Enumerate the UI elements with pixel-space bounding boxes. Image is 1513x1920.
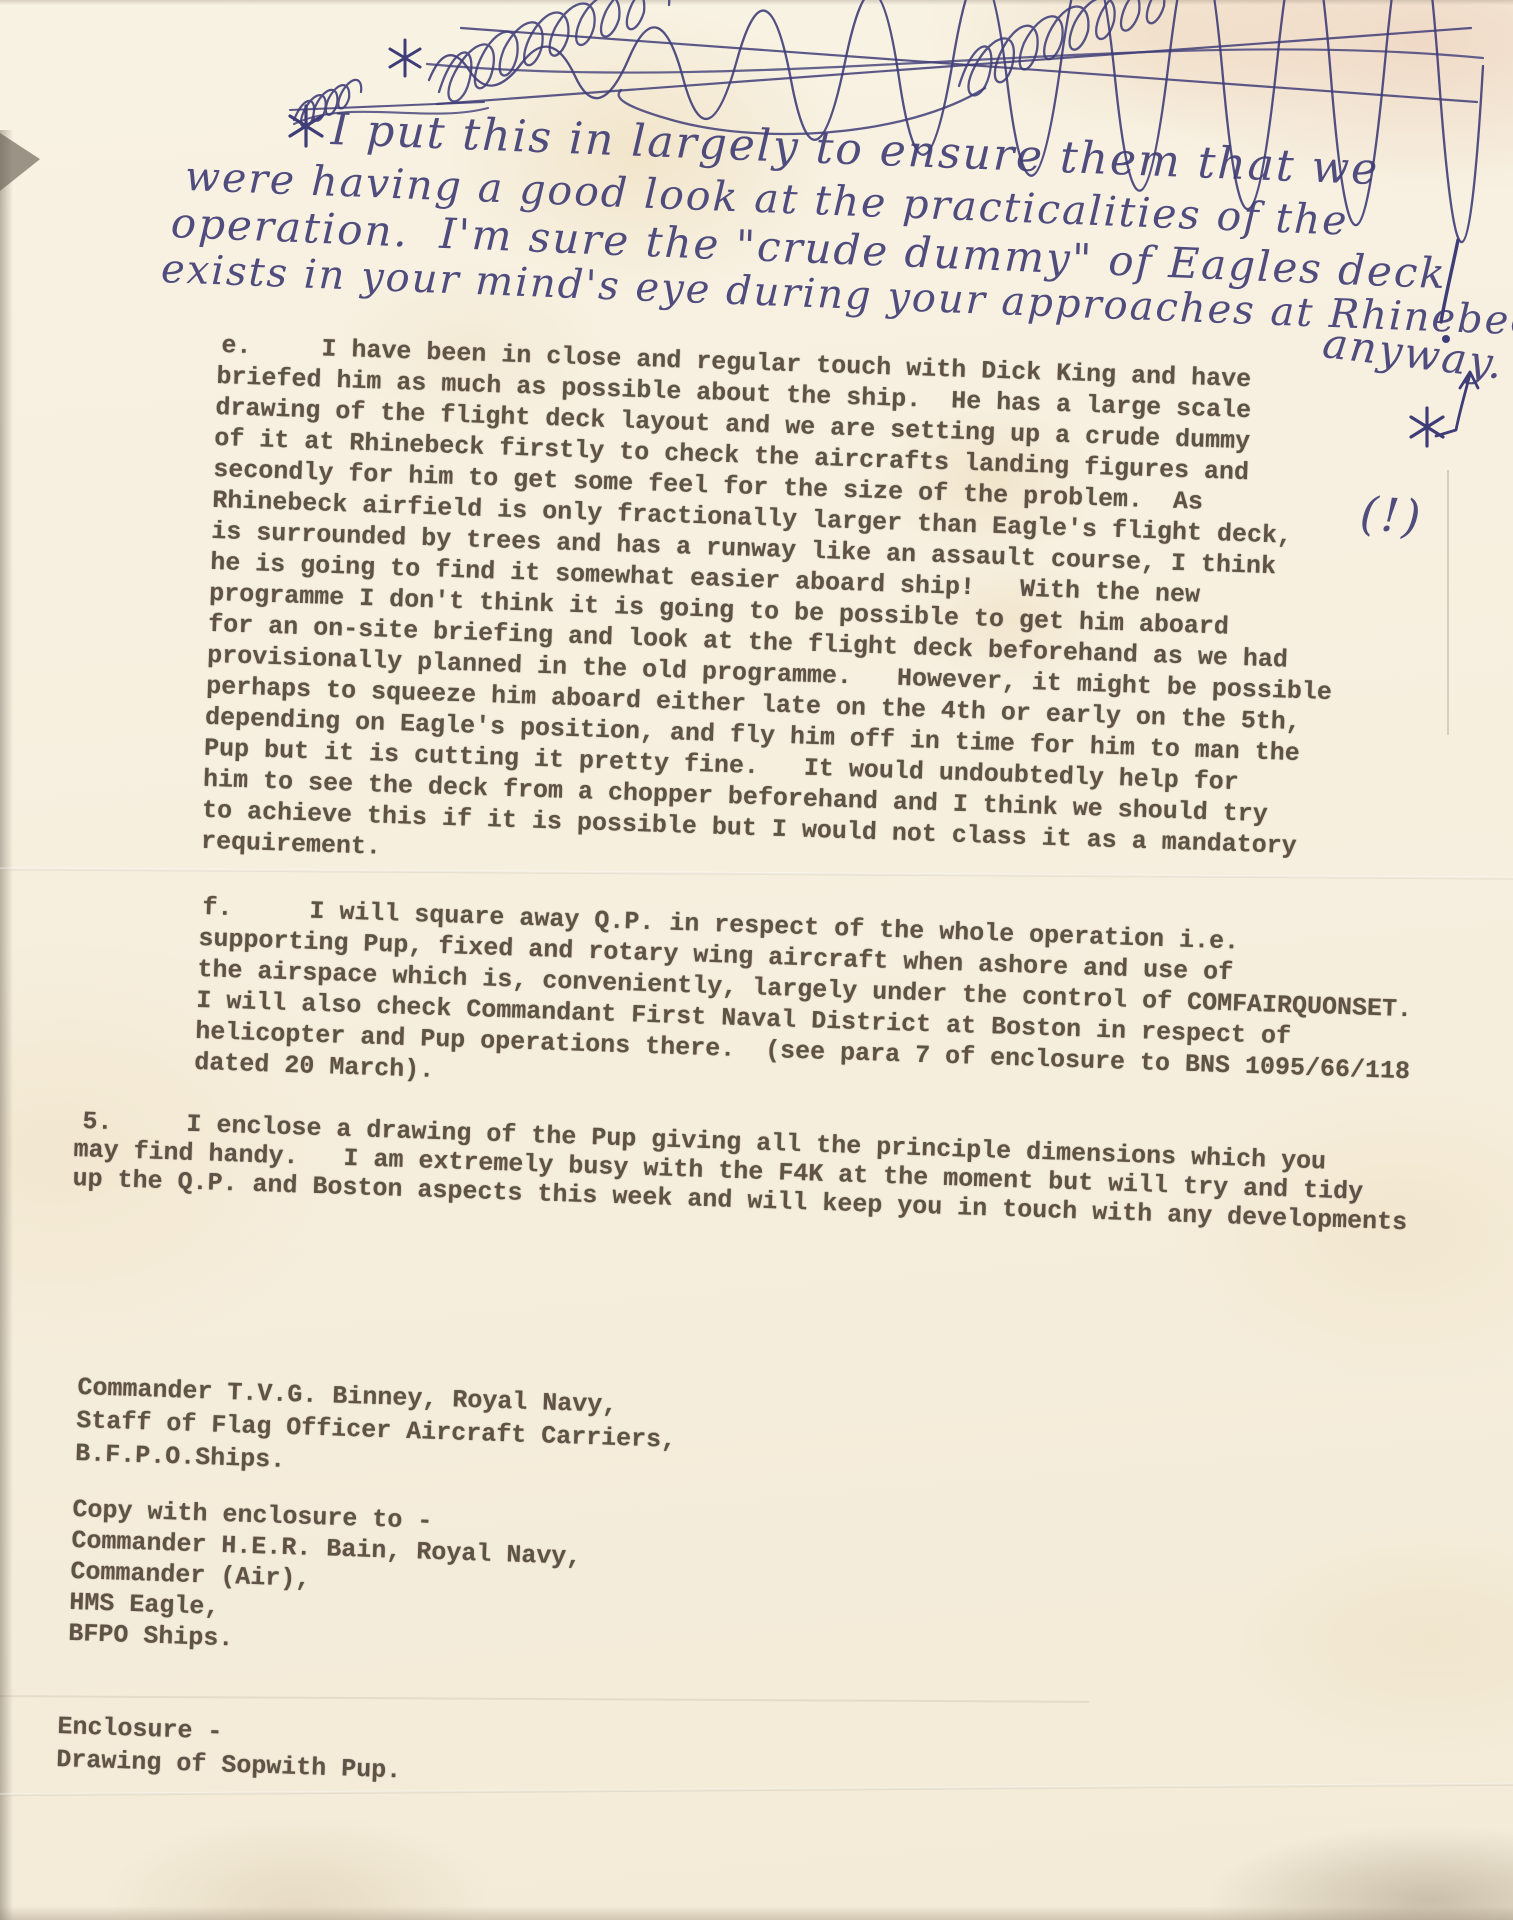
paragraph-e-text: I have been in close and regular touch w… <box>201 330 1343 894</box>
asterisk-icon-note <box>284 104 328 148</box>
recipient-address: Commander T.V.G. Binney, Royal Navy, Sta… <box>75 1371 678 1490</box>
asterisk-icon-deleted-note <box>385 38 425 78</box>
page-left-edge-shadow <box>0 130 13 1920</box>
page-bottom-edge-shadow <box>0 1906 1513 1920</box>
exclamation-mark-icon <box>1432 236 1482 348</box>
fold-crease <box>0 1695 1089 1703</box>
paragraph-5-text: I enclose a drawing of the Pup giving al… <box>72 1106 1409 1237</box>
fold-crease <box>0 1783 1513 1797</box>
letter-page: I put this in largely to ensure them tha… <box>0 0 1513 1920</box>
paragraph-f-text: I will square away Q.P. in respect of th… <box>194 892 1415 1118</box>
arrow-up-icon <box>1428 362 1486 442</box>
margin-emphasis-mark: (!) <box>1358 486 1425 544</box>
enclosure-note: Enclosure - Drawing of Sopwith Pup. <box>56 1710 403 1787</box>
fold-crease <box>1447 470 1449 735</box>
page-edge-tear-mark <box>0 133 40 191</box>
copy-distribution: Copy with enclosure to - Commander H.E.R… <box>68 1494 583 1666</box>
page-top-edge-shadow <box>0 0 1513 5</box>
